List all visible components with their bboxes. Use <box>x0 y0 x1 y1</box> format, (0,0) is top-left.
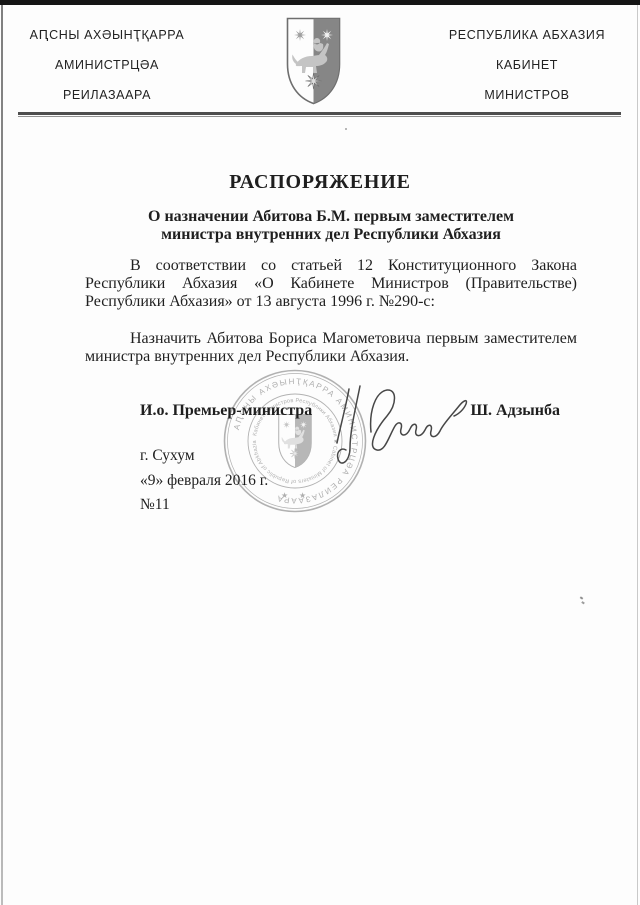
subject-line1: О назначении Абитова Б.М. первым замести… <box>85 208 577 226</box>
signatory-post: И.о. Премьер-министра <box>140 402 312 420</box>
header-divider-thin <box>18 116 621 117</box>
body-paragraph-1: В соответствии со статьей 12 Конституцио… <box>85 257 577 312</box>
header-divider <box>18 112 621 117</box>
scan-artifact <box>345 128 347 130</box>
number-line: №11 <box>140 493 268 518</box>
letterhead-abkhaz-line2: АМИНИСТРЦӘА <box>18 50 196 80</box>
subject-line2: министра внутренних дел Республики Абхаз… <box>85 226 577 244</box>
stamp-star-right: ★ <box>299 491 306 500</box>
letterhead-russian-line2: КАБИНЕТ <box>438 50 616 80</box>
date-line: «9» февраля 2016 г. <box>140 469 268 494</box>
stamp-center-shield <box>279 414 312 467</box>
letterhead-abkhaz-line3: РЕИЛАЗААРА <box>18 80 196 110</box>
document-meta: г. Сухум «9» февраля 2016 г. №11 <box>140 444 268 518</box>
document-title: РАСПОРЯЖЕНИЕ <box>0 171 640 194</box>
place-line: г. Сухум <box>140 444 268 469</box>
scan-border-left <box>1 5 3 905</box>
stamp-star-left: ★ <box>281 491 288 500</box>
header-divider-thick <box>18 112 621 115</box>
document-body: В соответствии со статьей 12 Конституцио… <box>85 257 577 366</box>
scan-border-top <box>0 0 640 5</box>
signature-autograph <box>323 376 478 476</box>
scan-border-right <box>637 5 638 905</box>
autograph-stroke-1 <box>337 389 349 443</box>
letterhead-abkhaz: АԤСНЫ АХӘЫНҬҚАРРА АМИНИСТРЦӘА РЕИЛАЗААРА <box>18 20 196 110</box>
document-subject: О назначении Абитова Б.М. первым замести… <box>85 208 577 243</box>
scan-artifact <box>580 596 584 599</box>
letterhead-russian-line1: РЕСПУБЛИКА АБХАЗИЯ <box>438 20 616 50</box>
body-paragraph-2: Назначить Абитова Бориса Магометовича пе… <box>85 330 577 366</box>
coat-of-arms-icon <box>286 17 341 105</box>
letterhead-abkhaz-line1: АԤСНЫ АХӘЫНҬҚАРРА <box>18 20 196 50</box>
document-page: АԤСНЫ АХӘЫНҬҚАРРА АМИНИСТРЦӘА РЕИЛАЗААРА… <box>0 0 640 905</box>
signatory-name: Ш. Адзынба <box>470 402 560 420</box>
letterhead-russian-line3: МИНИСТРОВ <box>438 80 616 110</box>
autograph-stroke-3 <box>371 390 467 450</box>
letterhead-russian: РЕСПУБЛИКА АБХАЗИЯ КАБИНЕТ МИНИСТРОВ <box>438 20 616 110</box>
